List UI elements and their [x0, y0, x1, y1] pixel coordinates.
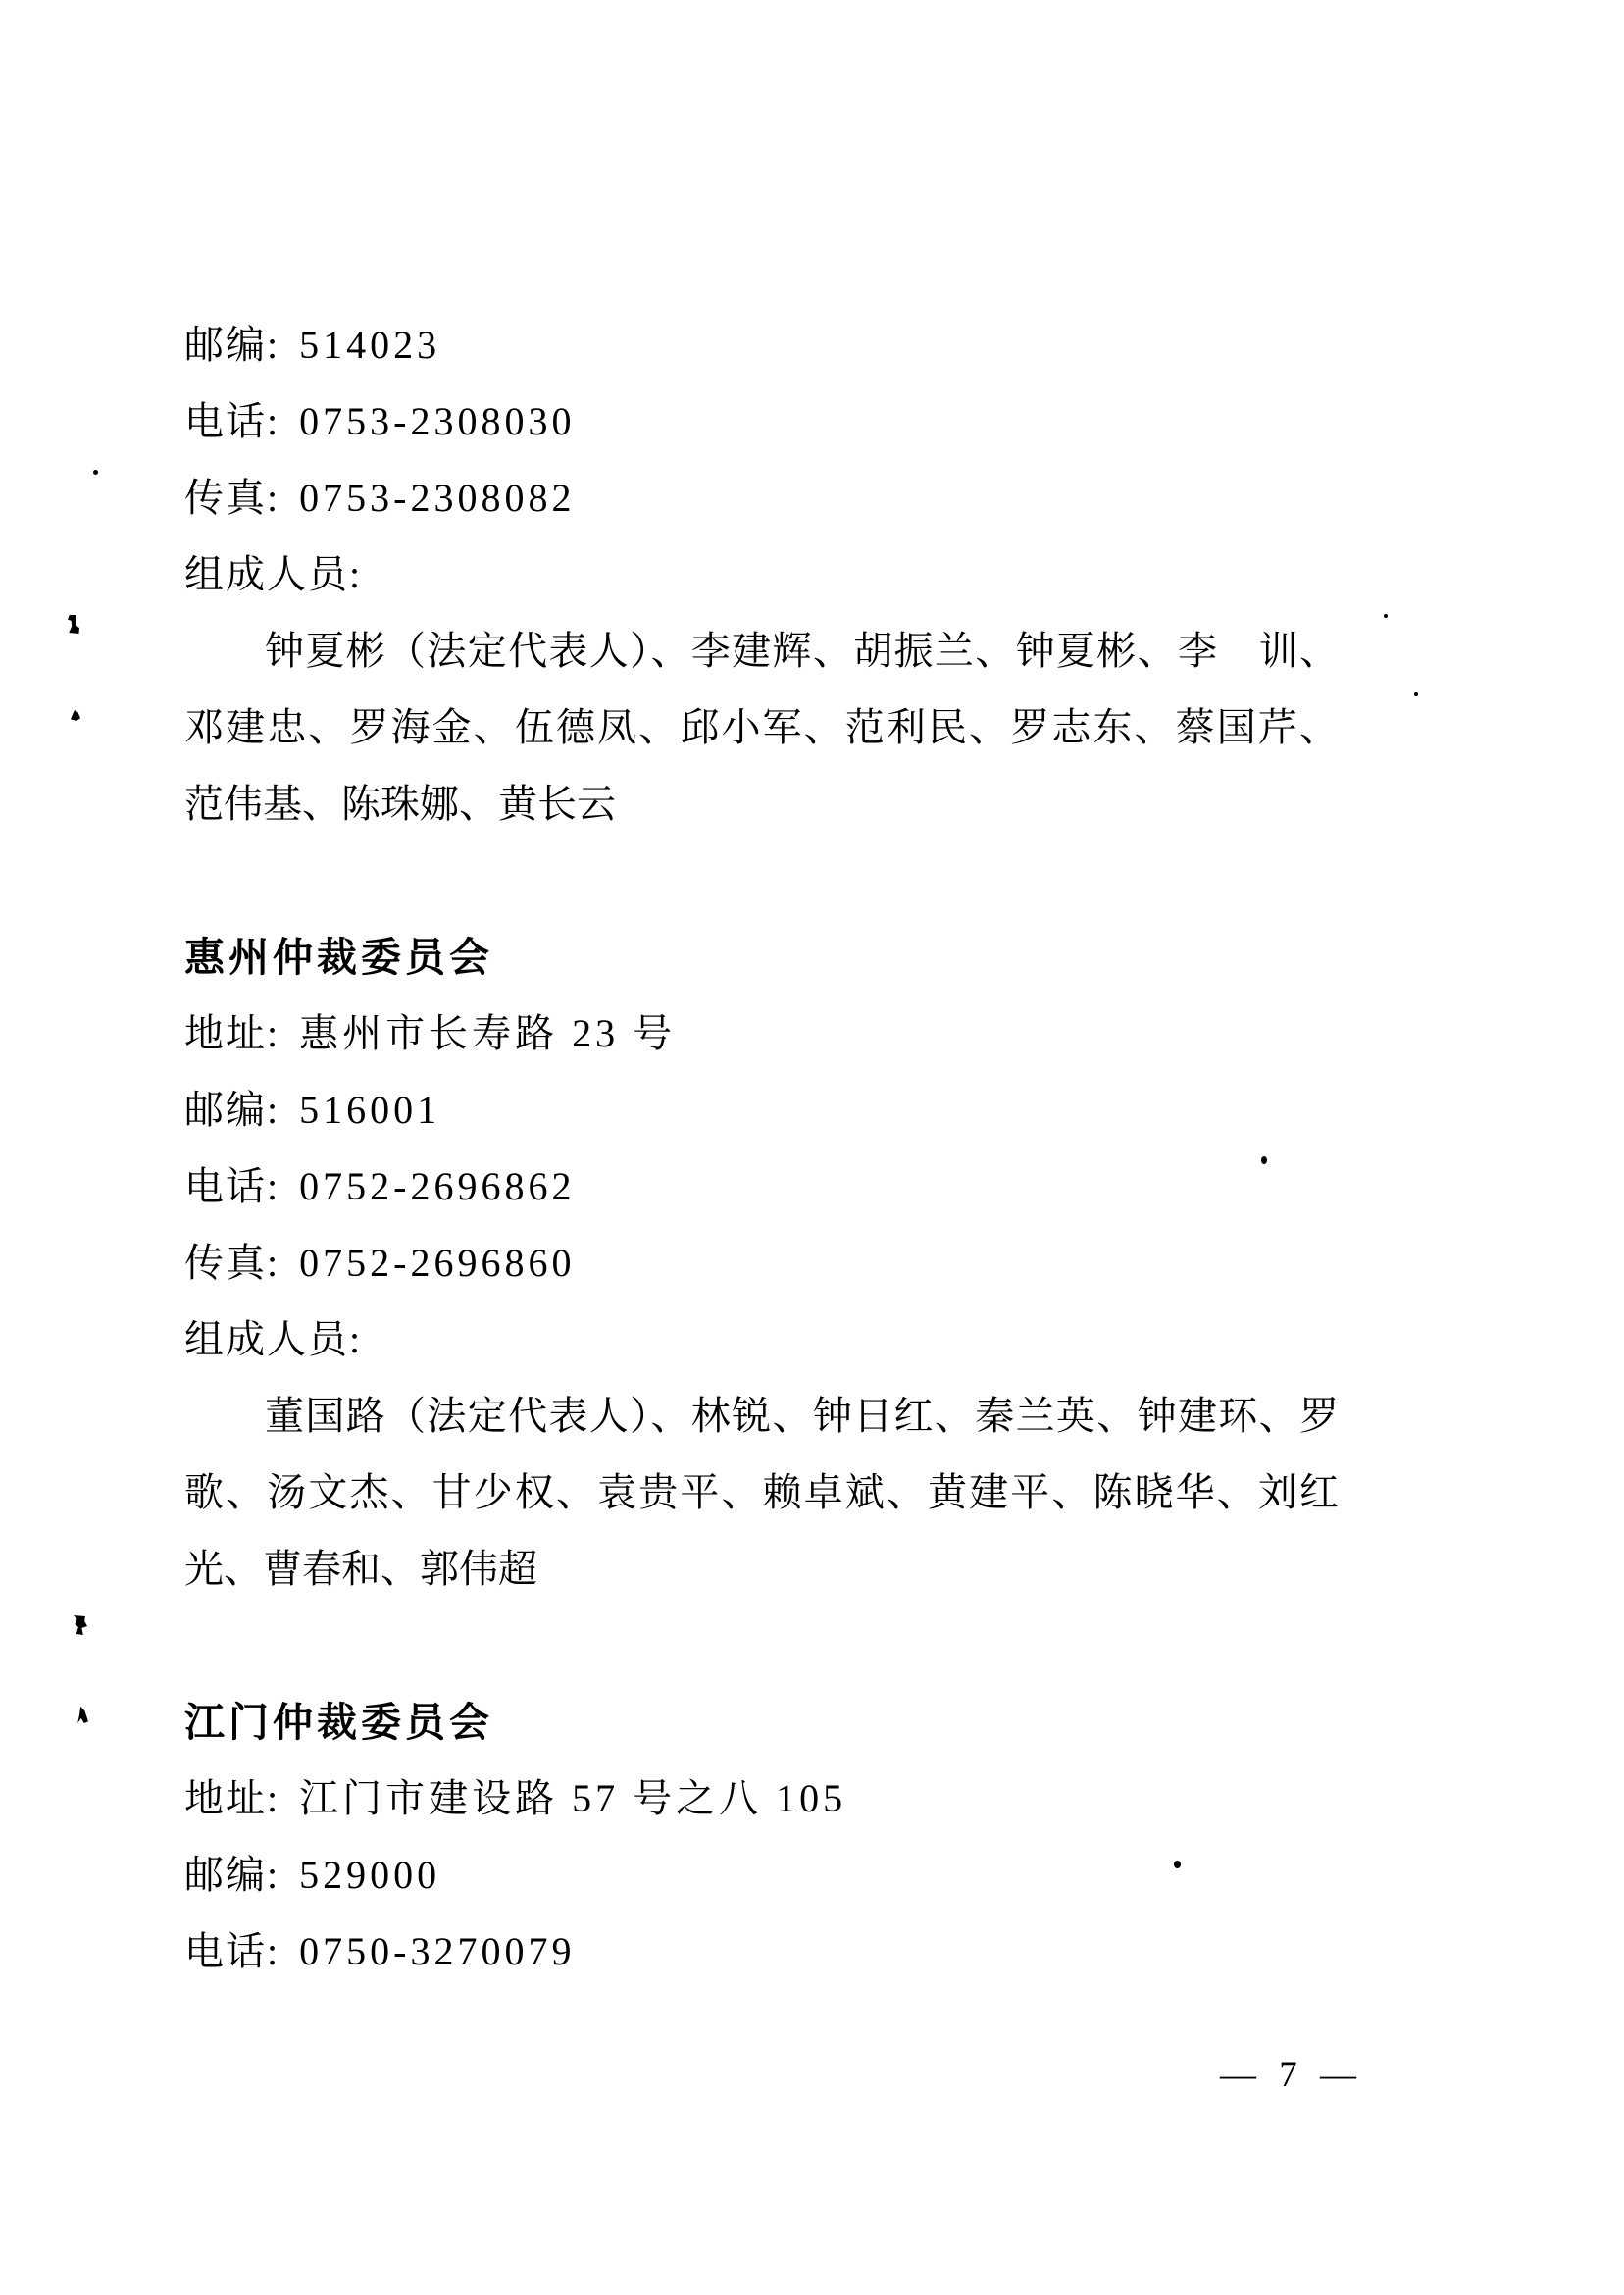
document-content: 邮编:514023 电话:0753-2308030 传真:0753-230808… — [184, 307, 1339, 1990]
field-row-phone: 电话:0750-3270079 — [184, 1913, 1339, 1990]
committee-section-jiangmen: 江门仲裁委员会 地址:江门市建设路 57 号之八 105 邮编:529000 电… — [184, 1684, 1339, 1990]
field-value: 惠州市长寿路 23 号 — [299, 1011, 676, 1055]
ink-speck — [93, 470, 98, 475]
field-value: 514023 — [299, 323, 440, 367]
field-value: 江门市建设路 57 号之八 105 — [299, 1776, 846, 1820]
ink-speck — [1261, 1156, 1267, 1164]
field-value: 516001 — [299, 1088, 440, 1132]
ink-speck — [1174, 1861, 1181, 1868]
field-label: 电话: — [184, 1164, 279, 1208]
ink-speck — [1384, 614, 1388, 618]
ink-mark — [71, 710, 80, 721]
field-row-fax: 传真:0753-2308082 — [184, 460, 1339, 536]
field-row-postcode: 邮编:514023 — [184, 307, 1339, 383]
field-label: 电话: — [184, 399, 279, 443]
member-list-line: 范伟基、陈珠娜、黄长云 — [184, 766, 1339, 842]
member-list-line: 歌、汤文杰、甘少权、袁贵平、赖卓斌、黄建平、陈晓华、刘红 — [184, 1454, 1339, 1531]
ink-speck — [1414, 692, 1418, 696]
committee-title: 江门仲裁委员会 — [184, 1684, 1339, 1760]
field-value: 0752-2696862 — [299, 1164, 575, 1208]
field-row-address: 地址:江门市建设路 57 号之八 105 — [184, 1760, 1339, 1837]
member-list-line: 邓建忠、罗海金、伍德凤、邱小军、范利民、罗志东、蔡国芹、 — [184, 689, 1339, 766]
field-row-address: 地址:惠州市长寿路 23 号 — [184, 995, 1339, 1072]
members-heading: 组成人员: — [184, 536, 1339, 613]
field-value: 0752-2696860 — [299, 1241, 575, 1285]
field-label: 传真: — [184, 1241, 279, 1285]
field-label: 邮编: — [184, 1853, 279, 1897]
field-label: 地址: — [184, 1776, 279, 1820]
member-list-line: 董国路（法定代表人）、林锐、钟日红、秦兰英、钟建环、罗 — [184, 1378, 1339, 1454]
field-value: 0753-2308030 — [299, 399, 575, 443]
field-row-postcode: 邮编:529000 — [184, 1837, 1339, 1913]
ink-mark — [68, 615, 79, 634]
field-row-phone: 电话:0752-2696862 — [184, 1148, 1339, 1225]
ink-mark — [74, 1615, 87, 1635]
field-value: 529000 — [299, 1853, 440, 1897]
field-row-fax: 传真:0752-2696860 — [184, 1225, 1339, 1301]
field-value: 0753-2308082 — [299, 476, 575, 520]
page-number: — 7 — — [1220, 2054, 1358, 2096]
field-label: 电话: — [184, 1929, 279, 1973]
field-label: 邮编: — [184, 323, 279, 367]
field-value: 0750-3270079 — [299, 1929, 575, 1973]
ink-mark — [76, 1707, 88, 1723]
member-list-line: 钟夏彬（法定代表人）、李建辉、胡振兰、钟夏彬、李 训、 — [184, 613, 1339, 689]
members-heading: 组成人员: — [184, 1301, 1339, 1378]
field-label: 传真: — [184, 476, 279, 520]
field-label: 地址: — [184, 1011, 279, 1055]
committee-title: 惠州仲裁委员会 — [184, 919, 1339, 995]
field-row-postcode: 邮编:516001 — [184, 1072, 1339, 1148]
committee-section-1: 邮编:514023 电话:0753-2308030 传真:0753-230808… — [184, 307, 1339, 842]
committee-section-huizhou: 惠州仲裁委员会 地址:惠州市长寿路 23 号 邮编:516001 电话:0752… — [184, 919, 1339, 1607]
member-list-line: 光、曹春和、郭伟超 — [184, 1531, 1339, 1607]
field-label: 邮编: — [184, 1088, 279, 1132]
field-row-phone: 电话:0753-2308030 — [184, 383, 1339, 460]
